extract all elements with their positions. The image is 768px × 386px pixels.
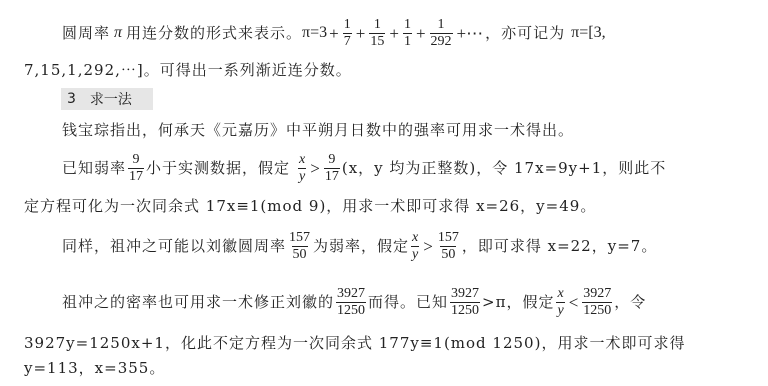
less-than: <	[569, 294, 579, 311]
fraction: 115	[369, 18, 385, 49]
plus: +	[389, 25, 399, 42]
math: π=[3,	[571, 25, 605, 41]
plus: +	[416, 25, 426, 42]
text: y=113，x=355。	[24, 361, 165, 376]
text: ，令	[614, 295, 646, 310]
ellipsis: +⋯	[457, 25, 484, 42]
text: ，亦可记为	[485, 26, 565, 41]
text: 同样，祖冲之可能以刘徽圆周率	[62, 239, 286, 254]
fraction: 39271250	[582, 287, 612, 318]
text: 而得。已知	[368, 295, 448, 310]
para5-line1: 祖冲之的密率也可用求一术修正刘徽的 39271250 而得。已知 3927125…	[62, 284, 646, 320]
text: (x，y 均为正整数)，令 17x=9y+1，则此不	[342, 161, 666, 176]
fraction: 1292	[430, 18, 453, 49]
text: 钱宝琮指出，何承天《元嘉历》中平朔月日数中的强率可用求一术得出。	[62, 123, 574, 138]
text: 定方程可化为一次同余式 17x≡1(mod 9)，用求一术即可求得 x=26，y…	[24, 199, 596, 214]
pi-symbol: π	[114, 25, 122, 41]
text: 祖冲之的密率也可用求一术修正刘徽的	[62, 295, 334, 310]
para1-line2: 7,15,1,292,⋯]。可得出一系列渐近连分数。	[24, 60, 352, 80]
fraction: 39271250	[336, 287, 366, 318]
text: 为弱率，假定	[313, 239, 409, 254]
text: ，即可求得 x=22，y=7。	[462, 239, 657, 254]
fraction: 917	[324, 153, 340, 184]
section-title: 求一法	[90, 89, 132, 109]
text: 已知弱率	[62, 161, 126, 176]
fraction: 39271250	[450, 287, 480, 318]
fraction: 17	[343, 18, 352, 49]
para4: 同样，祖冲之可能以刘徽圆周率 15750 为弱率，假定 xy > 15750 ，…	[62, 228, 657, 264]
fraction: xy	[411, 231, 419, 262]
text: 3927y=1250x+1，化此不定方程为一次同余式 177y≡1(mod 12…	[24, 336, 685, 351]
greater-than: >	[310, 160, 320, 177]
para3-line1: 已知弱率 917 小于实测数据，假定 xy > 917 (x，y 均为正整数)，…	[62, 150, 666, 186]
fraction: 917	[128, 153, 144, 184]
para3-line2: 定方程可化为一次同余式 17x≡1(mod 9)，用求一术即可求得 x=26，y…	[24, 196, 596, 216]
section-heading: 3 求一法	[61, 88, 153, 110]
text: >π，假定	[482, 295, 554, 310]
fraction: 11	[403, 18, 412, 49]
section-number: 3	[67, 91, 76, 107]
text: 用连分数的形式来表示。	[126, 26, 302, 41]
greater-than: >	[423, 238, 433, 255]
math: π=3	[302, 25, 327, 41]
text: 7,15,1,292,⋯]。可得出一系列渐近连分数。	[24, 63, 352, 78]
para2: 钱宝琮指出，何承天《元嘉历》中平朔月日数中的强率可用求一术得出。	[62, 120, 574, 140]
fraction: xy	[556, 287, 564, 318]
para5-line2: 3927y=1250x+1，化此不定方程为一次同余式 177y≡1(mod 12…	[24, 333, 685, 353]
fraction: 15750	[437, 231, 460, 262]
text: 圆周率	[62, 26, 110, 41]
plus: +	[356, 25, 366, 42]
para5-line3: y=113，x=355。	[24, 358, 165, 378]
fraction: 15750	[288, 231, 311, 262]
text: 小于实测数据，假定	[146, 161, 290, 176]
para1-line1: 圆周率 π 用连分数的形式来表示。 π=3 + 17 + 115 + 11 + …	[62, 16, 606, 50]
plus: +	[329, 25, 339, 42]
fraction: xy	[298, 153, 306, 184]
